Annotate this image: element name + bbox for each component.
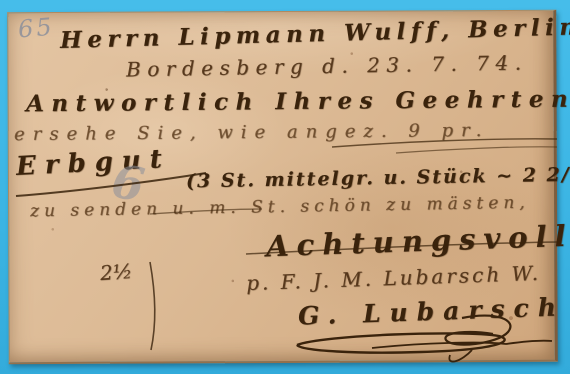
scan-background: Herrn Lipmann Wulff, Berlin. Bordesberg … [0,0,570,374]
handwriting-line-body-1: Antwortlich Ihres Geehrten [26,86,570,118]
handwriting-line-body-2: ersehe Sie, wie angez. 9 pr. [14,120,489,145]
ink-fraction-mark: 2½ [99,259,133,285]
pencil-price-mark: 65 [17,12,56,43]
